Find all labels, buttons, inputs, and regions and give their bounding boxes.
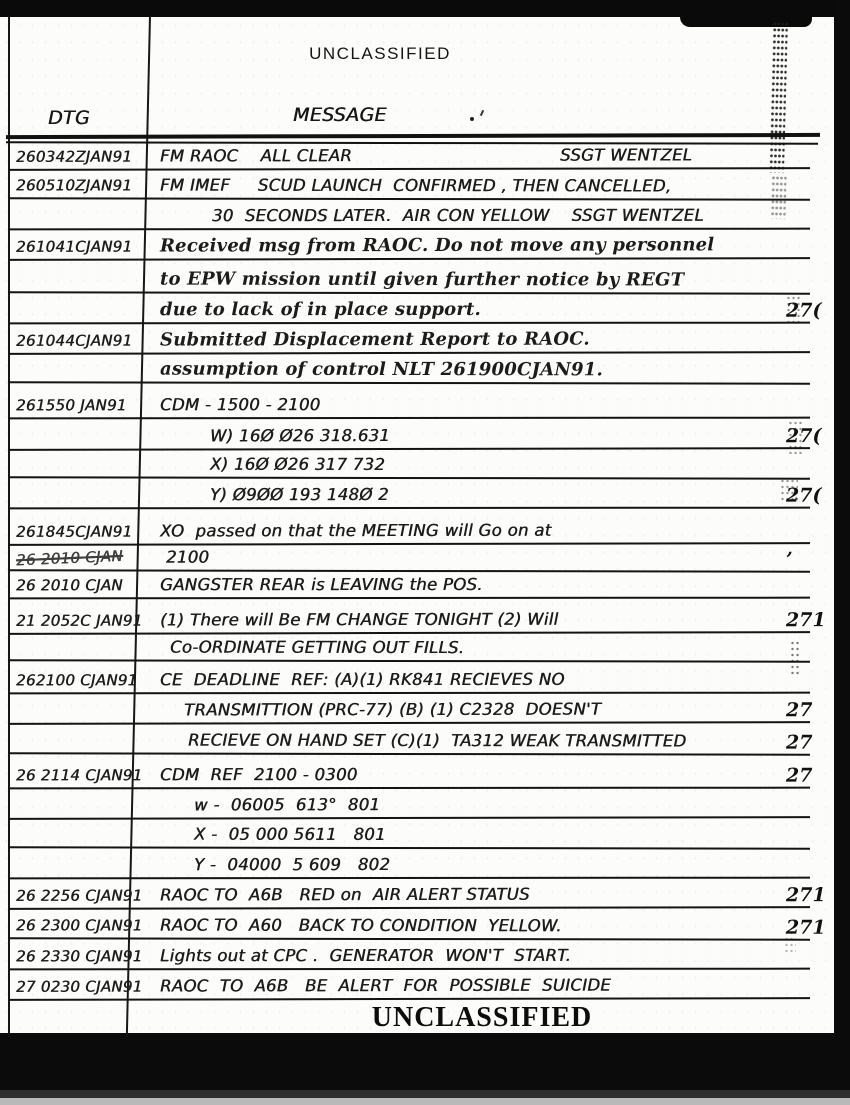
message-cell: Co-ORDINATE GETTING OUT FILLS.: [170, 638, 464, 658]
log-row: 26 2300 CJAN91RAOC TO A60 BACK TO CONDIT…: [8, 906, 810, 940]
log-row: 26 2114 CJAN91CDM REF 2100 - 030027: [8, 753, 810, 790]
message-cell: to EPW mission until given further notic…: [160, 269, 684, 291]
log-row: 27 0230 CJAN91RAOC TO A6B BE ALERT FOR P…: [8, 967, 810, 1001]
margin-page-number: 27(: [786, 300, 821, 322]
column-header-message: MESSAGE: [293, 104, 387, 126]
message-cell: assumption of control NLT 261900CJAN91.: [160, 359, 603, 381]
message-cell: 30 SECONDS LATER. AIR CON YELLOW SSGT WE…: [212, 206, 704, 225]
dtg-cell: 21 2052C JAN91: [16, 612, 156, 630]
margin-page-number: 27(: [786, 425, 821, 447]
classification-footer: UNCLASSIFIED: [150, 1002, 814, 1034]
margin-page-number: 27(: [786, 485, 821, 507]
log-row: 26 2256 CJAN91RAOC TO A6B RED on AIR ALE…: [8, 876, 810, 910]
message-cell: FM RAOC ALL CLEAR: [160, 146, 352, 165]
message-cell: CE DEADLINE REF: (A)(1) RK841 RECIEVES N…: [160, 670, 565, 689]
message-cell: RAOC TO A60 BACK TO CONDITION YELLOW.: [160, 916, 562, 936]
log-row: 262100 CJAN91CE DEADLINE REF: (A)(1) RK8…: [8, 660, 810, 695]
scan-strip-dark: [0, 1090, 850, 1098]
dtg-cell: 26 2330 CJAN91: [16, 947, 156, 965]
log-row: w - 06005 613° 801: [8, 786, 810, 820]
log-row: 26 2010 CJAN2100’: [8, 542, 810, 572]
scan-bar-right: [834, 0, 850, 1105]
log-sheet-page: UNCLASSIFIED DTG MESSAGE 260342ZJAN91FM …: [0, 0, 850, 1105]
message-cell: CDM REF 2100 - 0300: [160, 765, 358, 784]
log-row: 21 2052C JAN91(1) There will Be FM CHANG…: [8, 596, 810, 635]
margin-page-number: 27: [786, 765, 812, 787]
log-row: 261550 JAN91CDM - 1500 - 2100: [8, 382, 810, 420]
dtg-cell: 262100 CJAN91: [16, 671, 156, 689]
margin-page-number: 27: [786, 699, 812, 721]
dtg-cell: 26 2256 CJAN91: [16, 887, 156, 905]
dtg-cell: 261044CJAN91: [16, 332, 156, 350]
message-cell: Submitted Displacement Report to RAOC.: [160, 329, 590, 351]
message-cell: XO passed on that the MEETING will Go on…: [160, 521, 551, 541]
message-cell: RAOC TO A6B RED on AIR ALERT STATUS: [160, 885, 530, 905]
message-cell: w - 06005 613° 801: [194, 795, 380, 814]
scan-band-top-right: [680, 0, 812, 27]
message-cell: RAOC TO A6B BE ALERT FOR POSSIBLE SUICID…: [160, 976, 611, 996]
dtg-cell: 260510ZJAN91: [16, 176, 156, 194]
message-cell: Lights out at CPC . GENERATOR WON'T STAR…: [160, 946, 571, 965]
message-cell: due to lack of in place support.: [160, 299, 481, 320]
message-cell: X) 16Ø Ø26 317 732: [210, 455, 385, 474]
message-cell: (1) There will Be FM CHANGE TONIGHT (2) …: [160, 610, 558, 630]
margin-page-number: 271: [786, 884, 826, 906]
stray-ink-dot: [470, 117, 474, 121]
stray-ink-tick: [480, 110, 484, 116]
dtg-cell: 26 2114 CJAN91: [16, 766, 156, 784]
message-cell: Y) Ø9ØØ 193 148Ø 2: [210, 485, 389, 504]
log-row: RECIEVE ON HAND SET (C)(1) TA312 WEAK TR…: [8, 721, 810, 755]
log-row: to EPW mission until given further notic…: [8, 257, 810, 294]
margin-page-number: 27: [786, 732, 812, 754]
log-row: TRANSMITTION (PRC-77) (B) (1) C2328 DOES…: [8, 691, 810, 725]
log-row: Y) Ø9ØØ 193 148Ø 227(: [8, 477, 810, 510]
message-cell: W) 16Ø Ø26 318.631: [210, 426, 390, 445]
margin-page-number: ’: [786, 549, 793, 571]
dtg-cell: 261845CJAN91: [16, 523, 156, 541]
message-cell: TRANSMITTION (PRC-77) (B) (1) C2328 DOES…: [184, 700, 601, 720]
log-row: 26 2330 CJAN91Lights out at CPC . GENERA…: [8, 938, 810, 971]
dtg-cell-struck: 26 2010 CJAN: [16, 546, 157, 570]
log-row: W) 16Ø Ø26 318.63127(: [8, 416, 810, 451]
margin-page-number: 271: [786, 609, 826, 631]
message-cell: GANGSTER REAR is LEAVING the POS.: [160, 575, 483, 594]
log-row: Y - 04000 5 609 802: [8, 847, 810, 880]
message-cell: FM IMEF SCUD LAUNCH CONFIRMED , THEN CAN…: [160, 176, 671, 196]
log-row: 260510ZJAN91FM IMEF SCUD LAUNCH CONFIRME…: [8, 167, 810, 200]
log-row: X) 16Ø Ø26 317 732: [8, 447, 810, 479]
margin-page-number: 271: [786, 917, 826, 939]
log-row: due to lack of in place support.27(: [8, 292, 810, 325]
message-cell: Y - 04000 5 609 802: [194, 855, 390, 874]
scan-strip-gray: [0, 1098, 850, 1105]
column-header-dtg: DTG: [48, 107, 90, 129]
log-row: 30 SECONDS LATER. AIR CON YELLOW SSGT WE…: [8, 198, 810, 231]
dtg-cell: 26 2300 CJAN91: [16, 916, 156, 934]
log-row: 261845CJAN91XO passed on that the MEETIN…: [8, 506, 810, 546]
log-row: X - 05 000 5611 801: [8, 816, 810, 849]
classification-header: UNCLASSIFIED: [0, 44, 760, 64]
message-cell: CDM - 1500 - 2100: [160, 395, 320, 414]
dtg-cell: 27 0230 CJAN91: [16, 978, 156, 996]
log-row: Co-ORDINATE GETTING OUT FILLS.: [8, 631, 810, 662]
message-cell: RECIEVE ON HAND SET (C)(1) TA312 WEAK TR…: [188, 731, 686, 751]
message-signature: SSGT WENTZEL: [560, 145, 692, 164]
dtg-cell: 26 2010 CJAN: [16, 576, 156, 594]
dtg-cell: 261550 JAN91: [16, 396, 156, 414]
message-cell: 2100: [166, 548, 209, 567]
log-row: 261044CJAN91Submitted Displacement Repor…: [8, 321, 810, 355]
message-cell: X - 05 000 5611 801: [194, 825, 386, 844]
header-rule: [6, 133, 820, 139]
dtg-cell: 261041CJAN91: [16, 238, 156, 256]
dtg-cell: 260342ZJAN91: [16, 148, 156, 166]
log-row: 26 2010 CJANGANGSTER REAR is LEAVING the…: [8, 570, 810, 600]
log-row: 261041CJAN91Received msg from RAOC. Do n…: [8, 227, 810, 261]
scan-band-bottom: [0, 1033, 850, 1090]
log-row: assumption of control NLT 261900CJAN91.: [8, 351, 810, 384]
message-cell: Received msg from RAOC. Do not move any …: [160, 234, 714, 256]
